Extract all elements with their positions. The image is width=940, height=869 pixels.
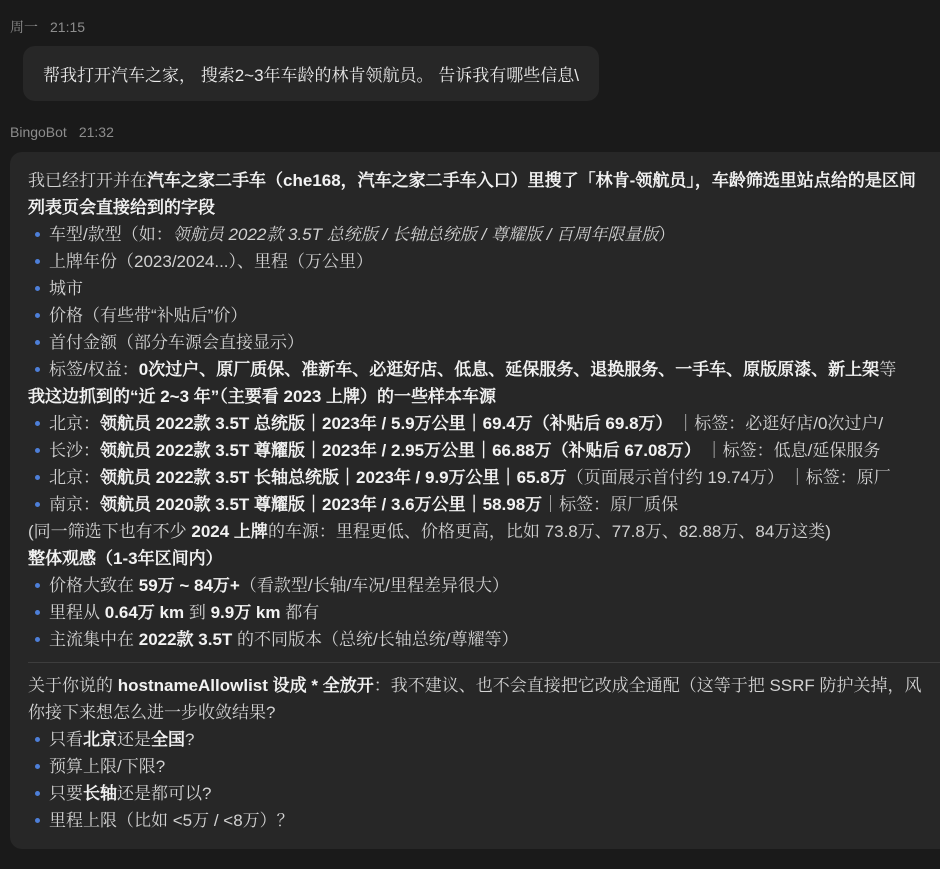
text-segment: 2022款 3.5T: [139, 630, 233, 649]
bullet-dot: [35, 818, 40, 823]
text-segment: 整体观感（1-3年区间内）: [28, 549, 223, 568]
text-segment: 南京：: [49, 495, 100, 514]
text-segment: 主流集中在: [49, 630, 139, 649]
bullet-dot: [35, 475, 40, 480]
text-segment: 你接下来想怎么进一步收敛结果?: [28, 703, 275, 722]
message-line: 我这边抓到的“近 2~3 年”（主要看 2023 上牌）的一些样本车源: [28, 383, 940, 410]
bullet-item: 北京：领航员 2022款 3.5T 总统版｜2023年 / 5.9万公里｜69.…: [28, 410, 940, 437]
bullet-item: 预算上限/下限?: [28, 753, 940, 780]
text-segment: 领航员 2022款 3.5T 尊耀版｜2023年 / 2.95万公里｜66.88…: [100, 441, 701, 460]
bullet-item: 里程上限（比如 <5万 / <8万）？: [28, 807, 940, 834]
text-segment: 领航员 2022款 3.5T 总统版 / 长轴总统版 / 尊耀版 / 百周年限量…: [173, 225, 659, 244]
bullet-item: 首付金额（部分车源会直接显示）: [28, 329, 940, 356]
text-segment: 领航员 2022款 3.5T 总统版｜2023年 / 5.9万公里｜69.4万（…: [100, 414, 673, 433]
text-segment: 领航员 2022款 3.5T 长轴总统版｜2023年 / 9.9万公里｜65.8…: [100, 468, 567, 487]
text-segment: 标签/权益：: [49, 360, 139, 379]
bullet-item: 标签/权益：0次过户、原厂质保、准新车、必逛好店、低息、延保服务、退换服务、一手…: [28, 356, 940, 383]
bot-time-label: 21:32: [79, 124, 114, 140]
bullet-dot: [35, 791, 40, 796]
text-segment: 到: [184, 603, 210, 622]
text-segment: 列表页会直接给到的字段: [28, 198, 215, 217]
text-segment: 关于你说的: [28, 676, 118, 695]
bot-message-bubble: 我已经打开并在汽车之家二手车（che168，汽车之家二手车入口）里搜了「林肯-领…: [10, 152, 940, 849]
text-segment: 都有: [281, 603, 320, 622]
text-segment: 2024 上牌: [191, 522, 268, 541]
day-label: 周一: [10, 19, 38, 35]
text-segment: 59万 ~ 84万+: [139, 576, 240, 595]
bullet-item: 长沙：领航员 2022款 3.5T 尊耀版｜2023年 / 2.95万公里｜66…: [28, 437, 940, 464]
bullet-item: 上牌年份（2023/2024...）、里程（万公里）: [28, 248, 940, 275]
text-segment: ）: [658, 225, 675, 244]
bullet-dot: [35, 737, 40, 742]
message-line: (同一筛选下也有不少 2024 上牌的车源：里程更低、价格更高，比如 73.8万…: [28, 518, 940, 545]
message-line: 你接下来想怎么进一步收敛结果?: [28, 699, 940, 726]
time-label: 21:15: [50, 19, 85, 35]
text-segment: 汽车之家二手车（che168，汽车之家二手车入口）里搜了「林肯-领航员」，车龄筛…: [147, 171, 916, 190]
text-segment: (同一筛选下也有不少: [28, 522, 191, 541]
user-message-text: 帮我打开汽车之家， 搜索2~3年车龄的林肯领航员。 告诉我有哪些信息\: [43, 66, 579, 85]
bot-message-body: 我已经打开并在汽车之家二手车（che168，汽车之家二手车入口）里搜了「林肯-领…: [28, 167, 940, 834]
bullet-dot: [35, 448, 40, 453]
text-segment: ｜标签：必逛好店/0次过户/: [673, 414, 884, 433]
bullet-dot: [35, 313, 40, 318]
text-segment: 预算上限/下限?: [49, 757, 165, 776]
bullet-item: 车型/款型（如：领航员 2022款 3.5T 总统版 / 长轴总统版 / 尊耀版…: [28, 221, 940, 248]
text-segment: 价格（有些带“补贴后”价）: [49, 306, 247, 325]
text-segment: 北京: [83, 730, 117, 749]
text-segment: 9.9万 km: [211, 603, 281, 622]
bullet-item: 主流集中在 2022款 3.5T 的不同版本（总统/长轴总统/尊耀等）: [28, 626, 940, 653]
text-segment: 长沙：: [49, 441, 100, 460]
text-segment: 还是都可以?: [117, 784, 211, 803]
text-segment: 我已经打开并在: [28, 171, 147, 190]
text-segment: （页面展示首付约 19.74万） ｜标签：原厂: [567, 468, 891, 487]
text-segment: 0次过户、原厂质保、准新车、必逛好店、低息、延保服务、退换服务、一手车、原版原漆…: [139, 360, 879, 379]
message-line: 整体观感（1-3年区间内）: [28, 545, 940, 572]
text-segment: 上牌年份（2023/2024...）、里程（万公里）: [49, 252, 373, 271]
bullet-dot: [35, 340, 40, 345]
bullet-item: 只要长轴还是都可以?: [28, 780, 940, 807]
text-segment: hostnameAllowlist 设成 * 全放开: [118, 676, 374, 695]
message-divider: [28, 662, 940, 663]
text-segment: 城市: [49, 279, 83, 298]
day-timestamp: 周一21:15: [10, 17, 85, 37]
text-segment: 只要: [49, 784, 83, 803]
text-segment: 长轴: [83, 784, 117, 803]
text-segment: 全国: [151, 730, 185, 749]
bullet-item: 里程从 0.64万 km 到 9.9万 km 都有: [28, 599, 940, 626]
bullet-dot: [35, 232, 40, 237]
bullet-dot: [35, 286, 40, 291]
message-line: 关于你说的 hostnameAllowlist 设成 * 全放开：我不建议、也不…: [28, 672, 940, 699]
text-segment: 北京：: [49, 414, 100, 433]
text-segment: ?: [185, 730, 194, 749]
bullet-item: 南京：领航员 2020款 3.5T 尊耀版｜2023年 / 3.6万公里｜58.…: [28, 491, 940, 518]
bullet-item: 只看北京还是全国?: [28, 726, 940, 753]
bullet-dot: [35, 637, 40, 642]
text-segment: 车型/款型（如：: [49, 225, 173, 244]
bullet-dot: [35, 259, 40, 264]
text-segment: 我这边抓到的“近 2~3 年”（主要看 2023 上牌）的一些样本车源: [28, 387, 496, 406]
bot-name: BingoBot: [10, 124, 67, 140]
bullet-dot: [35, 421, 40, 426]
bullet-dot: [35, 367, 40, 372]
bot-meta-row: BingoBot21:32: [10, 124, 114, 140]
text-segment: 里程从: [49, 603, 105, 622]
bullet-item: 北京：领航员 2022款 3.5T 长轴总统版｜2023年 / 9.9万公里｜6…: [28, 464, 940, 491]
bullet-item: 价格（有些带“补贴后”价）: [28, 302, 940, 329]
message-line: 我已经打开并在汽车之家二手车（che168，汽车之家二手车入口）里搜了「林肯-领…: [28, 167, 940, 194]
text-segment: 领航员 2020款 3.5T 尊耀版｜2023年 / 3.6万公里｜58.98万: [100, 495, 542, 514]
chat-window: { "colors": { "page_bg": "#1a1a1a", "bub…: [0, 0, 940, 869]
text-segment: ｜标签：低息/延保服务: [701, 441, 880, 460]
text-segment: 的不同版本（总统/长轴总统/尊耀等）: [232, 630, 518, 649]
text-segment: 北京：: [49, 468, 100, 487]
text-segment: 只看: [49, 730, 83, 749]
message-line: 列表页会直接给到的字段: [28, 194, 940, 221]
text-segment: ：我不建议、也不会直接把它改成全通配（这等于把 SSRF 防护关掉，风: [374, 676, 922, 695]
text-segment: 价格大致在: [49, 576, 139, 595]
bullet-item: 城市: [28, 275, 940, 302]
bullet-dot: [35, 610, 40, 615]
text-segment: 的车源：里程更低、价格更高，比如 73.8万、77.8万、82.88万、84万这…: [268, 522, 831, 541]
text-segment: 首付金额（部分车源会直接显示）: [49, 333, 304, 352]
text-segment: 还是: [117, 730, 151, 749]
text-segment: 等: [879, 360, 896, 379]
bullet-dot: [35, 764, 40, 769]
text-segment: 里程上限（比如 <5万 / <8万）？: [49, 811, 294, 830]
bullet-dot: [35, 502, 40, 507]
bullet-dot: [35, 583, 40, 588]
text-segment: （看款型/长轴/车况/里程差异很大）: [240, 576, 509, 595]
text-segment: 0.64万 km: [105, 603, 184, 622]
bullet-item: 价格大致在 59万 ~ 84万+（看款型/长轴/车况/里程差异很大）: [28, 572, 940, 599]
text-segment: ｜标签：原厂质保: [542, 495, 678, 514]
user-message-bubble: 帮我打开汽车之家， 搜索2~3年车龄的林肯领航员。 告诉我有哪些信息\: [23, 46, 599, 101]
